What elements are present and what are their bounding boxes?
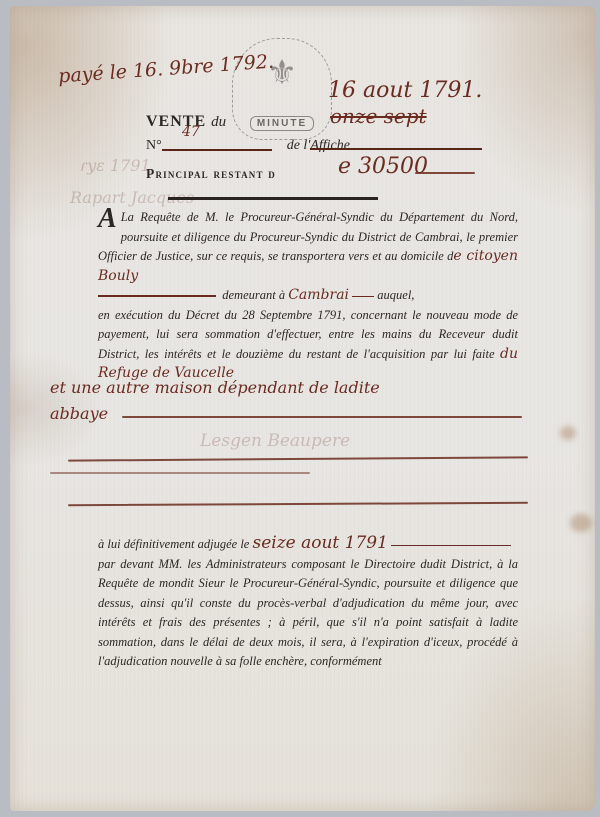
- ink-rule: [162, 149, 272, 151]
- printed-rule: [168, 197, 378, 200]
- ink-rule: [122, 416, 522, 418]
- stain: [570, 514, 592, 532]
- affiche-number-line: N° de l'Affiche: [146, 138, 350, 154]
- ink-rule: [68, 502, 528, 506]
- vente-struck-text: onze sept: [330, 104, 427, 128]
- drop-cap: A: [98, 208, 117, 230]
- stain: [560, 426, 576, 440]
- ink-rule: [391, 545, 511, 546]
- demeurant-handwritten: Cambrai: [288, 287, 349, 303]
- vente-date-handwritten: 16 aout 1791.: [328, 78, 482, 103]
- ink-rule: [98, 295, 216, 297]
- bleed-through-text: ɾyɛ 1791: [80, 156, 151, 175]
- handwritten-line: et une autre maison dépendant de ladite: [50, 378, 380, 397]
- paragraph-adjudication: à lui définitivement adjugée le seize ao…: [98, 534, 518, 672]
- fleur-de-lis-icon: ⚜: [233, 53, 331, 93]
- document-page: ɾyɛ 1791 Rapart Jacques Lesgen Beaupere …: [10, 6, 595, 811]
- ink-rule: [50, 472, 310, 474]
- ink-rule: [68, 456, 528, 461]
- ink-rule: [415, 172, 475, 174]
- bleed-through-text: Lesgen Beaupere: [200, 431, 350, 451]
- principal-amount-handwritten: e 30500: [338, 154, 428, 179]
- stamp-label: MINUTE: [250, 116, 314, 131]
- handwritten-line: abbaye: [50, 404, 108, 423]
- paragraph-requete: A La Requête de M. le Procureur-Général-…: [98, 208, 518, 384]
- ink-rule: [310, 148, 482, 150]
- affiche-number-handwritten: 47: [182, 124, 200, 140]
- adjuge-date-handwritten: seize aout 1791: [252, 533, 387, 553]
- minute-stamp: ⚜ MINUTE: [232, 38, 332, 140]
- principal-restant-label: Principal restant d: [146, 166, 276, 182]
